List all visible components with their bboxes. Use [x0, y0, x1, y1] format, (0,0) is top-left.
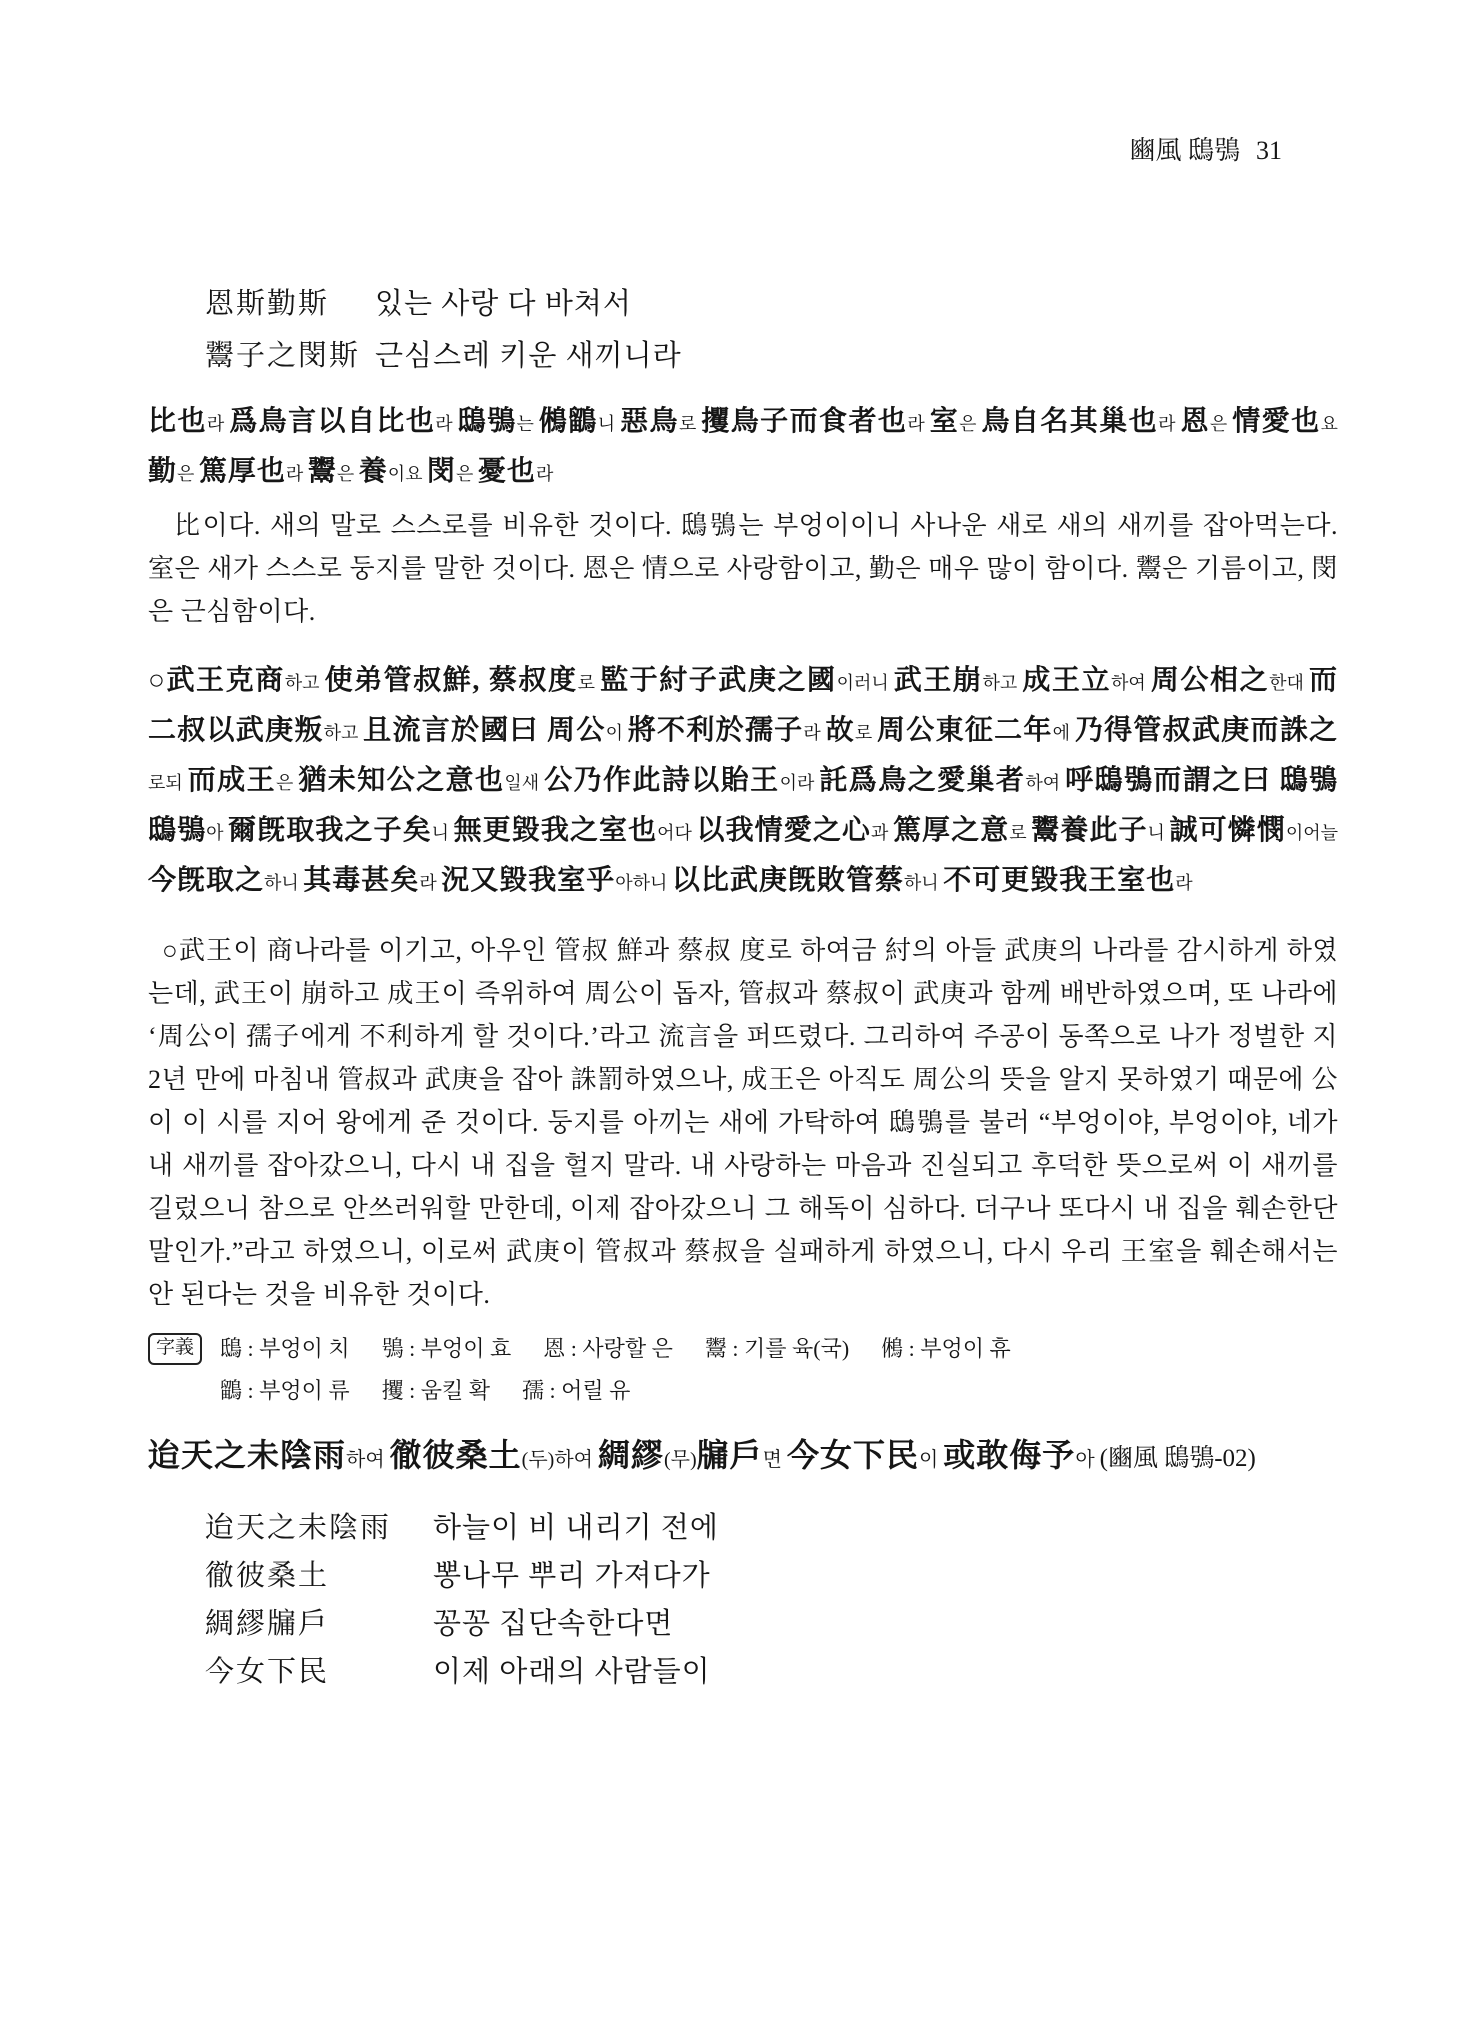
hanja-text: 公乃作此詩以貽王: [544, 765, 779, 796]
gugyeol-particle: 하여: [1111, 673, 1151, 693]
hanja-text: 將不利於孺子: [628, 715, 804, 746]
gugyeol-particle: (두): [522, 1449, 555, 1471]
gugyeol-particle: 라: [536, 464, 553, 484]
gugyeol-particle: 은: [337, 464, 359, 484]
hanja-text: 今旣取之: [148, 865, 264, 896]
gugyeol-particle: 이: [606, 723, 628, 743]
page-header: 豳風 鴟鴞31: [1129, 136, 1282, 166]
gugyeol-particle: 하여: [346, 1449, 390, 1471]
hanja-text: 誠可憐憫: [1170, 815, 1286, 846]
hanja-text: 不可更毀我王室也: [943, 865, 1175, 896]
verse-korean: 하늘이 비 내리기 전에: [433, 1504, 719, 1552]
verse-korean: 뽕나무 뿌리 가져다가: [433, 1552, 711, 1600]
glossary-entry: 鶹 : 부엉이 류: [220, 1378, 350, 1403]
gugyeol-particle: 로되: [148, 773, 188, 793]
hanja-text: 武王崩: [894, 665, 983, 696]
verse-chinese: 今女下民: [205, 1648, 433, 1696]
verse-chinese: 綢繆牖戶: [205, 1600, 433, 1648]
hanja-text: 故: [826, 715, 855, 746]
commentary-chinese-1: 比也라 爲鳥言以自比也라 鴟鴞는 鵂鶹니 惡鳥로 攫鳥子而食者也라 室은 鳥自名…: [148, 398, 1338, 498]
hanja-text: 室: [930, 406, 959, 437]
hanja-text: 無更毀我之室也: [454, 815, 658, 846]
gugyeol-particle: 하니: [264, 873, 303, 893]
glossary-entry: 孺 : 어릴 유: [522, 1378, 630, 1403]
verse-korean: 근심스레 키운 새끼니라: [375, 330, 682, 382]
verse-couplet-2: 迨天之未陰雨하늘이 비 내리기 전에徹彼桑土뽕나무 뿌리 가져다가綢繆牖戶꽁꽁 …: [148, 1504, 1338, 1696]
hanja-text: 或敢侮予: [943, 1437, 1075, 1473]
gugyeol-particle: 이라: [780, 773, 820, 793]
hanja-text: 憂也: [478, 456, 536, 487]
verse-line: 鬻子之閔斯근심스레 키운 새끼니라: [148, 330, 1338, 382]
hanja-text: 周公東征二年: [877, 715, 1053, 746]
hanja-text: 況又毀我室乎: [441, 865, 615, 896]
glossary-entry: 攫 : 움킬 확: [382, 1378, 490, 1403]
glossary-entry: 鬻 : 기를 육(국): [705, 1336, 849, 1361]
gugyeol-particle: 로: [1009, 823, 1031, 843]
gugyeol-particle: 는: [517, 414, 539, 434]
glossary-entries: 鴟 : 부엉이 치鴞 : 부엉이 효恩 : 사랑할 은鬻 : 기를 육(국)鵂 …: [220, 1328, 1043, 1412]
gugyeol-particle: 하고: [324, 723, 364, 743]
gugyeol-particle: 면: [763, 1449, 787, 1471]
gugyeol-particle: 라: [803, 723, 825, 743]
hanja-text: 綢繆: [598, 1437, 664, 1473]
hanja-text: 且流言於國曰 周公: [363, 715, 605, 746]
gugyeol-particle: 로: [855, 723, 877, 743]
gugyeol-particle: 은: [959, 414, 981, 434]
verse-reference: (豳風 鴟鴞-02): [1100, 1445, 1256, 1472]
hanja-text: 鬻: [308, 456, 337, 487]
gugyeol-particle: 니: [432, 823, 454, 843]
page-number: 31: [1256, 136, 1282, 165]
hanja-text: 養: [359, 456, 388, 487]
korean-translation-2: ○武王이 商나라를 이기고, 아우인 管叔 鮮과 蔡叔 度로 하여금 紂의 아들…: [148, 929, 1338, 1316]
gugyeol-particle: 라: [286, 464, 308, 484]
glossary-entry: 鵂 : 부엉이 휴: [881, 1336, 1011, 1361]
verse-chinese: 鬻子之閔斯: [205, 330, 375, 382]
gugyeol-particle: 에: [1053, 723, 1075, 743]
glossary-entry: 鴟 : 부엉이 치: [220, 1336, 350, 1361]
gugyeol-particle: 하여: [1025, 773, 1065, 793]
gugyeol-particle: 로: [679, 414, 701, 434]
verse-couplet-1: 恩斯勤斯있는 사랑 다 바쳐서鬻子之閔斯근심스레 키운 새끼니라: [148, 278, 1338, 382]
gugyeol-particle: 니: [1148, 823, 1170, 843]
hanja-text: 而成王: [188, 765, 276, 796]
verse-line: 今女下民이제 아래의 사람들이: [148, 1648, 1338, 1696]
verse-line: 迨天之未陰雨하늘이 비 내리기 전에: [148, 1504, 1338, 1552]
verse-heading: 迨天之未陰雨하여 徹彼桑土(두)하여 綢繆(무)牖戶면 今女下民이 或敢侮予아 …: [148, 1428, 1338, 1488]
gugyeol-particle: 라: [207, 414, 229, 434]
hanja-text: 恩: [1180, 406, 1209, 437]
hanja-text: 爾旣取我之子矣: [228, 815, 432, 846]
gugyeol-particle: 은: [456, 464, 478, 484]
glossary-row: 鶹 : 부엉이 류攫 : 움킬 확孺 : 어릴 유: [220, 1370, 1043, 1412]
gugyeol-particle: 하고: [285, 673, 325, 693]
glossary-entry: 恩 : 사랑할 은: [543, 1336, 673, 1361]
hanja-text: 周公相之: [1151, 665, 1269, 696]
glossary-label: 字義: [148, 1333, 202, 1365]
glossary-row: 鴟 : 부엉이 치鴞 : 부엉이 효恩 : 사랑할 은鬻 : 기를 육(국)鵂 …: [220, 1328, 1043, 1370]
hanja-text: 今女下民: [787, 1437, 919, 1473]
hanja-text: 篤厚之意: [893, 815, 1009, 846]
gugyeol-particle: 과: [871, 823, 893, 843]
hanja-text: 攫鳥子而食者也: [701, 406, 907, 437]
document-page: 豳風 鴟鴞31 恩斯勤斯있는 사랑 다 바쳐서鬻子之閔斯근심스레 키운 새끼니라…: [0, 0, 1481, 2024]
gugyeol-particle: 아: [206, 823, 228, 843]
verse-korean: 있는 사랑 다 바쳐서: [375, 278, 632, 330]
gugyeol-particle: 이러니: [837, 673, 894, 693]
gugyeol-particle: 이: [919, 1449, 943, 1471]
korean-translation-1: 比이다. 새의 말로 스스로를 비유한 것이다. 鴟鴞는 부엉이이니 사나운 새…: [148, 504, 1338, 633]
gugyeol-particle: 라: [1175, 873, 1192, 893]
hanja-text: 以比武庚旣敗管蔡: [672, 865, 904, 896]
gugyeol-particle: 아: [1075, 1449, 1099, 1471]
gugyeol-particle: 로: [578, 673, 600, 693]
hanja-text: 以我情愛之心: [697, 815, 871, 846]
gugyeol-particle: 아하니: [615, 873, 672, 893]
glossary-entry: 鴞 : 부엉이 효: [382, 1336, 512, 1361]
gugyeol-particle: 하고: [982, 673, 1022, 693]
hanja-text: 鬻養此子: [1031, 815, 1147, 846]
verse-korean: 꽁꽁 집단속한다면: [433, 1600, 673, 1648]
gugyeol-particle: 일새: [504, 773, 544, 793]
hanja-text: 猶未知公之意也: [298, 765, 504, 796]
gugyeol-particle: 한대: [1269, 673, 1309, 693]
verse-korean: 이제 아래의 사람들이: [433, 1648, 711, 1696]
running-title: 豳風 鴟鴞: [1129, 136, 1240, 165]
hanja-text: 比也: [148, 406, 207, 437]
verse-line: 綢繆牖戶꽁꽁 집단속한다면: [148, 1600, 1338, 1648]
gugyeol-particle: 은: [276, 773, 298, 793]
gugyeol-particle: 이어늘: [1286, 823, 1338, 843]
hanja-text: 徹彼桑土: [390, 1437, 522, 1473]
gugyeol-particle: 은: [1210, 414, 1232, 434]
commentary-chinese-2: ○武王克商하고 使弟管叔鮮, 蔡叔度로 監于紂子武庚之國이러니 武王崩하고 成王…: [148, 657, 1338, 907]
hanja-text: 牖戶: [697, 1437, 763, 1473]
hanja-text: 使弟管叔鮮, 蔡叔度: [325, 665, 578, 696]
hanja-text: 託爲鳥之愛巢者: [819, 765, 1025, 796]
hanja-text: 惡鳥: [620, 406, 679, 437]
verse-line: 徹彼桑土뽕나무 뿌리 가져다가: [148, 1552, 1338, 1600]
gugyeol-particle: 니: [598, 414, 620, 434]
gugyeol-particle: 어다: [657, 823, 696, 843]
gugyeol-particle: 은: [177, 464, 199, 484]
gugyeol-particle: 라: [1158, 414, 1180, 434]
hanja-text: 監于紂子武庚之國: [600, 665, 837, 696]
hanja-text: 篤厚也: [199, 456, 286, 487]
gugyeol-particle: 이요: [388, 464, 427, 484]
verse-chinese: 徹彼桑土: [205, 1552, 433, 1600]
gugyeol-particle: 라: [419, 873, 441, 893]
hanja-text: 迨天之未陰雨: [148, 1437, 346, 1473]
hanja-text: 勤: [148, 456, 177, 487]
hanja-text: 鳥自名其巢也: [981, 406, 1158, 437]
gugyeol-particle: (무): [664, 1449, 697, 1471]
hanja-text: ○武王克商: [148, 665, 285, 696]
verse-chinese: 迨天之未陰雨: [205, 1504, 433, 1552]
gugyeol-particle: 하니: [904, 873, 943, 893]
hanja-text: 成王立: [1022, 665, 1111, 696]
hanja-text: 情愛也: [1232, 406, 1320, 437]
hanja-text: 閔: [427, 456, 456, 487]
gugyeol-particle: 하여: [554, 1449, 598, 1471]
hanja-text: 乃得管叔武庚而誅之: [1075, 715, 1338, 746]
hanja-text: 鴟鴞: [458, 406, 517, 437]
gugyeol-particle: 요: [1321, 414, 1338, 434]
verse-line: 恩斯勤斯있는 사랑 다 바쳐서: [148, 278, 1338, 330]
verse-chinese: 恩斯勤斯: [205, 278, 375, 330]
gugyeol-particle: 라: [907, 414, 929, 434]
hanja-text: 鵂鶹: [539, 406, 598, 437]
hanja-text: 其毒甚矣: [303, 865, 419, 896]
gugyeol-particle: 라: [435, 414, 457, 434]
hanja-text: 爲鳥言以自比也: [229, 406, 435, 437]
glossary-section: 字義 鴟 : 부엉이 치鴞 : 부엉이 효恩 : 사랑할 은鬻 : 기를 육(국…: [148, 1328, 1338, 1412]
